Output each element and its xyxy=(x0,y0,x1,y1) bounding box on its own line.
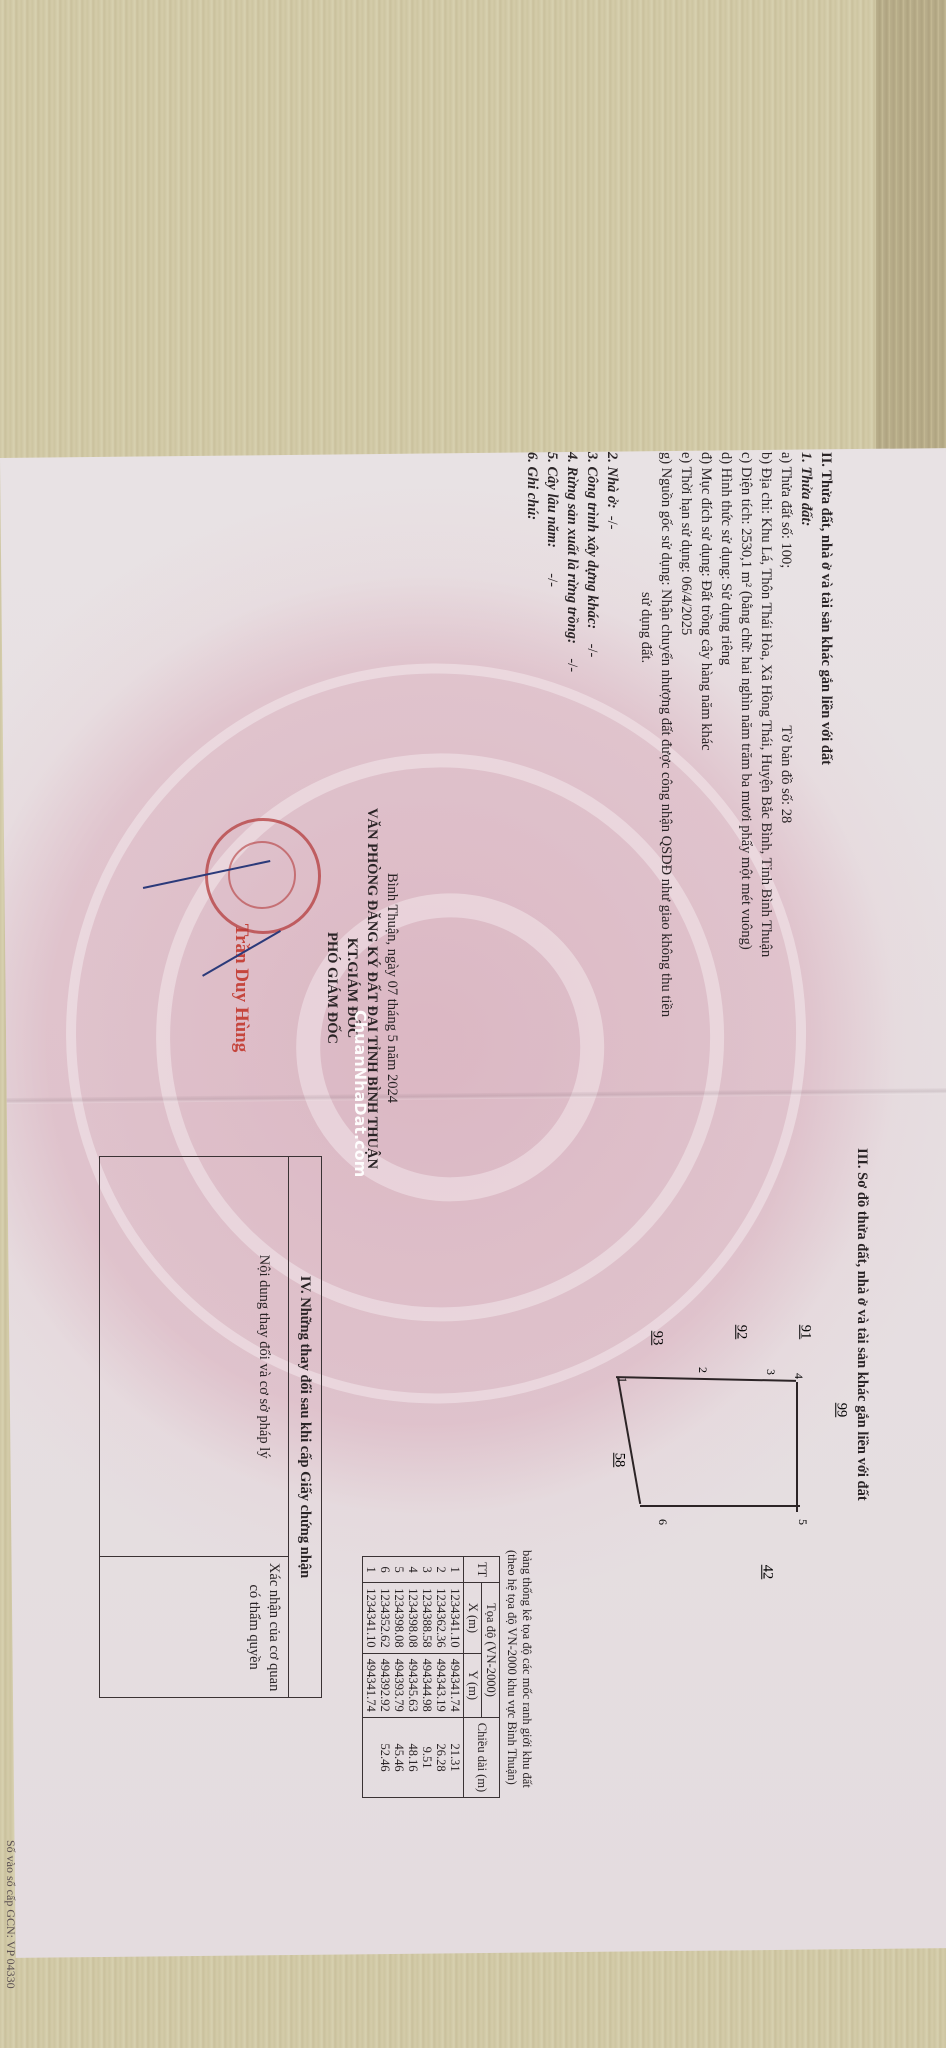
serial-number-cut: Số vào sổ cấp GCN: VP 04330 xyxy=(3,1840,18,1989)
col-coord-group: Tọa độ (VN-2000) xyxy=(482,1583,500,1718)
usage-origin-cont: sử dụng đất. xyxy=(636,452,656,1017)
authority-confirmation-header: Xác nhận của cơ quan có thẩm quyền xyxy=(240,1557,288,1697)
neighbor-93: 93 xyxy=(647,1331,667,1346)
coord-table-wrap: TT Tọa độ (VN-2000) Chiều dài (m) X (m) … xyxy=(362,1556,500,1798)
changes-table: IV. Những thay đổi sau khi cấp Giấy chứn… xyxy=(99,1156,322,1698)
authority-confirmation-cell xyxy=(100,1557,240,1697)
section-2-block: II. Thửa đất, nhà ở và tài sản khác gắn … xyxy=(522,452,836,1017)
usage-purpose: đ) Mục đích sử dụng: Đất trồng cây hàng … xyxy=(696,452,716,1017)
usage-form: d) Hình thức sử dụng: Sử dụng riêng xyxy=(716,452,736,1017)
col-x: X (m) xyxy=(464,1583,482,1653)
item-perennial-trees: 5. Cây lâu năm: -/- xyxy=(542,452,562,1017)
vertex-3: 3 xyxy=(761,1369,781,1375)
neighbor-99: 99 xyxy=(831,1403,851,1418)
changes-content-header: Nội dung thay đổi và cơ sở pháp lý xyxy=(240,1157,288,1557)
official-red-stamp xyxy=(205,818,321,934)
neighbor-92: 92 xyxy=(731,1325,751,1340)
col-y: Y (m) xyxy=(464,1653,482,1717)
signer-title: PHÓ GIÁM ĐỐC xyxy=(322,808,342,1168)
section-4-title: IV. Những thay đổi sau khi cấp Giấy chứn… xyxy=(288,1157,321,1697)
vertex-5: 5 xyxy=(793,1519,813,1525)
site-watermark: ChuanNhaDat.com xyxy=(351,1010,370,1177)
parcel-number-row: a) Thửa đất số: 100; Tờ bản đồ số: 28 xyxy=(776,452,796,1017)
section-2-title: II. Thửa đất, nhà ở và tài sản khác gắn … xyxy=(816,452,836,1017)
coord-caption: bảng thống kê tọa độ các mốc ranh giới k… xyxy=(504,1550,534,1788)
place-date: Bình Thuận, ngày 07 tháng 5 năm 2024 xyxy=(382,808,402,1168)
neighbor-42: 42 xyxy=(757,1565,777,1580)
parcel-area: c) Diện tích: 2530,1 m² (bằng chữ: hai n… xyxy=(736,452,756,1017)
parcel-address: b) Địa chỉ: Khu Lá, Thôn Thái Hòa, Xã Hồ… xyxy=(756,452,776,1017)
col-tt: TT xyxy=(464,1557,500,1583)
coordinate-table: TT Tọa độ (VN-2000) Chiều dài (m) X (m) … xyxy=(362,1556,500,1798)
usage-term: e) Thời hạn sử dụng: 06/4/2025 xyxy=(676,452,696,1017)
vertex-1: 1 xyxy=(613,1377,633,1383)
land-heading: 1. Thửa đất: xyxy=(796,452,816,1017)
col-length: Chiều dài (m) xyxy=(464,1717,500,1797)
map-sheet-number: Tờ bản đồ số: 28 xyxy=(778,725,794,823)
item-production-forest: 4. Rừng sản xuất là rừng trồng: -/- xyxy=(562,452,582,1017)
changes-content-cell xyxy=(100,1157,240,1557)
usage-origin: g) Nguồn gốc sử dụng: Nhận chuyển nhượng… xyxy=(656,452,676,1017)
table-row: 1234561 1234341.101234362.361234388.5812… xyxy=(363,1557,464,1798)
section-3-title: III. Sơ đồ thửa đất, nhà ở và tài sản kh… xyxy=(852,1148,872,1501)
vertex-4: 4 xyxy=(789,1373,809,1379)
item-notes: 6. Ghi chú: xyxy=(522,452,542,1017)
parcel-number: a) Thửa đất số: 100; xyxy=(778,452,794,568)
vertex-6: 6 xyxy=(653,1519,673,1525)
neighbor-91: 91 xyxy=(795,1325,815,1340)
wood-table-background xyxy=(876,0,946,460)
item-other-construction: 3. Công trình xây dựng khác: -/- xyxy=(582,452,602,1017)
neighbor-58: 58 xyxy=(609,1453,629,1468)
vertex-2: 2 xyxy=(693,1367,713,1373)
item-house: 2. Nhà ở: -/- xyxy=(602,452,622,1017)
